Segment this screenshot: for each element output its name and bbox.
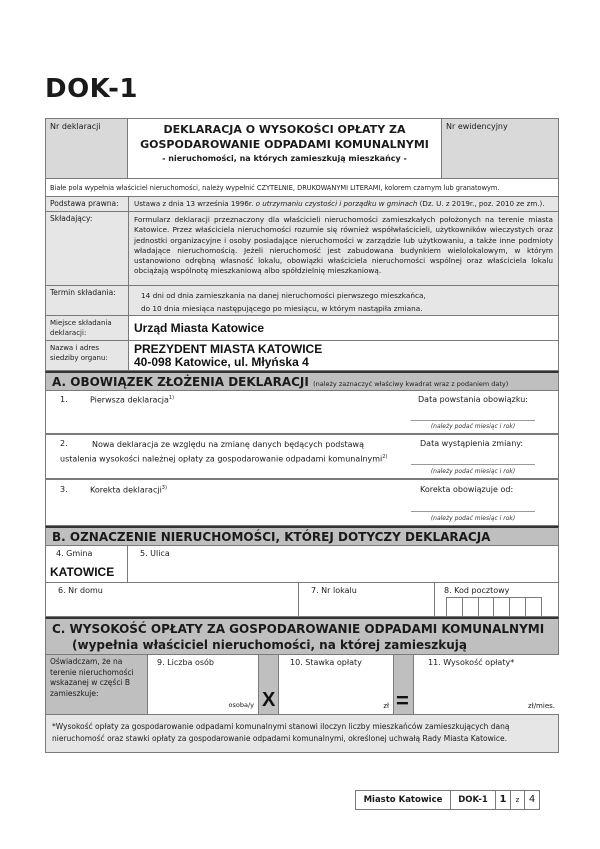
equals-sign: = (393, 655, 414, 714)
nr-domu-label: 6. Nr domu (58, 586, 103, 595)
liczba-osob-label: 9. Liczba osób (157, 658, 214, 667)
title-subtitle: - nieruchomości, na których zamieszkują … (128, 154, 441, 163)
kod-digit-box[interactable] (526, 597, 542, 617)
footer-page-total: 4 (524, 790, 540, 810)
kod-digit-box[interactable] (463, 597, 479, 617)
section-b-header: B. OZNACZENIE NIERUCHOMOŚCI, KTÓREJ DOTY… (45, 526, 559, 546)
organ-address: 40-098 Katowice, ul. Młyńska 4 (134, 356, 553, 369)
kod-digit-box[interactable] (446, 597, 463, 617)
option-2-date-label: Data wystąpienia zmiany: (420, 439, 523, 448)
podstawa-text: Ustawa z dnia 13 września 1996r. (134, 199, 256, 208)
kod-pocztowy-label: 8. Kod pocztowy (444, 586, 509, 595)
option-1-date-label: Data powstania obowiązku: (418, 395, 528, 404)
section-a-header: A. OBOWIĄZEK ZŁOŻENIA DEKLARACJI (należy… (45, 371, 559, 391)
ulica-label: 5. Ulica (140, 549, 170, 558)
option-3-number: 3. (60, 485, 68, 494)
ulica-field[interactable]: 5. Ulica (127, 546, 559, 583)
gmina-field: 4. Gmina KATOWICE (45, 546, 128, 583)
section-a-title: A. OBOWIĄZEK ZŁOŻENIA DEKLARACJI (52, 375, 309, 389)
kod-digit-box[interactable] (494, 597, 510, 617)
fee-calculation-row: Oświadczam, że na terenie nieruchomości … (45, 655, 559, 715)
option-first-declaration[interactable]: 1. Pierwsza deklaracja1) Data powstania … (45, 391, 559, 434)
nr-lokalu-field[interactable]: 7. Nr lokalu (298, 582, 435, 617)
option-2-date-hint: (należy podać miesiąc i rok) (411, 468, 535, 475)
multiply-icon: X (262, 689, 275, 712)
section-a-note: (należy zaznaczyć właściwy kwadrat wraz … (313, 380, 508, 388)
kod-digit-box[interactable] (479, 597, 495, 617)
stawka-oplaty-field[interactable]: 10. Stawka opłaty zł (279, 655, 393, 714)
skladajacy-label: Składający: (46, 212, 129, 285)
nr-ewidencyjny-label: Nr ewidencyjny (446, 122, 508, 131)
footer-page-number: 1 (495, 790, 511, 810)
footer-page-separator: z (510, 790, 525, 810)
row-termin: Termin składania: 14 dni od dnia zamiesz… (45, 286, 559, 316)
nr-ewidencyjny-field: Nr ewidencyjny (441, 118, 559, 178)
section-c-title: C. WYSOKOŚĆ OPŁATY ZA GOSPODAROWANIE ODP… (52, 621, 552, 637)
wysokosc-label: 11. Wysokość opłaty* (428, 658, 514, 667)
option-3-label: Korekta deklaracji3) (90, 485, 167, 495)
row-organ: Nazwa i adres siedziby organu: PREZYDENT… (45, 341, 559, 371)
option-3-date-label: Korekta obowiązuje od: (420, 485, 513, 494)
kod-pocztowy-boxes (446, 597, 542, 617)
option-correction[interactable]: 3. Korekta deklaracji3) Korekta obowiązu… (45, 479, 559, 526)
option-3-date-input[interactable] (411, 511, 535, 512)
podstawa-label: Podstawa prawna: (46, 197, 129, 211)
kod-digit-box[interactable] (510, 597, 526, 617)
wysokosc-unit: zł/mies. (528, 702, 555, 710)
section-c-header: C. WYSOKOŚĆ OPŁATY ZA GOSPODAROWANIE ODP… (45, 617, 559, 655)
miejsce-label: Miejsce składania deklaracji: (46, 316, 129, 340)
nr-deklaracji-label: Nr deklaracji (50, 122, 101, 131)
footer-doc-code: DOK-1 (450, 790, 496, 810)
podstawa-italic: o utrzymaniu czystości i porządku w gmin… (256, 199, 418, 208)
gmina-value: KATOWICE (50, 565, 114, 579)
kod-pocztowy-field: 8. Kod pocztowy (434, 582, 559, 617)
gmina-label: 4. Gmina (56, 549, 92, 558)
footer-city: Miasto Katowice (355, 790, 451, 810)
skladajacy-value: Formularz deklaracji przeznaczony dla wł… (129, 212, 558, 285)
termin-label: Termin składania: (46, 286, 129, 315)
termin-line-1: 14 dni od dnia zamieszkania na danej nie… (141, 289, 553, 302)
instructions-text: Białe pola wypełnia właściciel nieruchom… (45, 178, 559, 197)
row-skladajacy: Składający: Formularz deklaracji przezna… (45, 212, 559, 286)
stawka-unit: zł (383, 702, 389, 710)
liczba-osob-field[interactable]: 9. Liczba osób osoba/y (148, 655, 258, 714)
termin-line-2: do 10 dnia miesiąca następującego po mie… (141, 302, 553, 315)
organ-value: PREZYDENT MIASTA KATOWICE 40-098 Katowic… (129, 341, 558, 370)
title-line-2: GOSPODAROWANIE ODPADAMI KOMUNALNYMI (128, 137, 441, 152)
multiply-sign: X (258, 655, 279, 714)
document-code-title: DOK-1 (45, 74, 138, 104)
stawka-label: 10. Stawka opłaty (290, 658, 362, 667)
option-2-date-input[interactable] (411, 464, 535, 465)
miejsce-value: Urząd Miasta Katowice (129, 316, 558, 340)
nr-lokalu-label: 7. Nr lokalu (311, 586, 357, 595)
podstawa-ref: (Dz. U. z 2019r., poz. 2010 ze zm.). (417, 199, 544, 208)
nr-domu-field[interactable]: 6. Nr domu (45, 582, 299, 617)
option-1-number: 1. (60, 395, 68, 404)
option-2-label: Nowa deklaracja ze względu na zmianę dan… (60, 439, 390, 466)
equals-icon: = (396, 688, 409, 714)
option-1-date-input[interactable] (411, 420, 535, 421)
option-3-date-hint: (należy podać miesiąc i rok) (411, 515, 535, 522)
row-podstawa-prawna: Podstawa prawna: Ustawa z dnia 13 wrześn… (45, 197, 559, 212)
liczba-osob-unit: osoba/y (229, 701, 255, 709)
podstawa-value: Ustawa z dnia 13 września 1996r. o utrzy… (129, 197, 558, 211)
organ-label: Nazwa i adres siedziby organu: (46, 341, 129, 370)
title-line-1: DEKLARACJA O WYSOKOŚCI OPŁATY ZA (128, 122, 441, 137)
fee-footnote: *Wysokość opłaty za gospodarowanie odpad… (45, 715, 559, 753)
section-b-title: B. OZNACZENIE NIERUCHOMOŚCI, KTÓREJ DOTY… (52, 530, 490, 544)
wysokosc-oplaty-field[interactable]: 11. Wysokość opłaty* zł/mies. (414, 655, 559, 714)
fee-statement: Oświadczam, że na terenie nieruchomości … (46, 655, 148, 714)
nr-deklaracji-field: Nr deklaracji (45, 118, 128, 178)
option-new-declaration[interactable]: 2. Nowa deklaracja ze względu na zmianę … (45, 434, 559, 479)
declaration-title: DEKLARACJA O WYSOKOŚCI OPŁATY ZA GOSPODA… (128, 118, 441, 178)
option-1-date-hint: (należy podać miesiąc i rok) (411, 423, 535, 430)
termin-value: 14 dni od dnia zamieszkania na danej nie… (129, 286, 558, 315)
row-miejsce: Miejsce składania deklaracji: Urząd Mias… (45, 316, 559, 341)
option-1-label: Pierwsza deklaracja1) (90, 395, 174, 405)
